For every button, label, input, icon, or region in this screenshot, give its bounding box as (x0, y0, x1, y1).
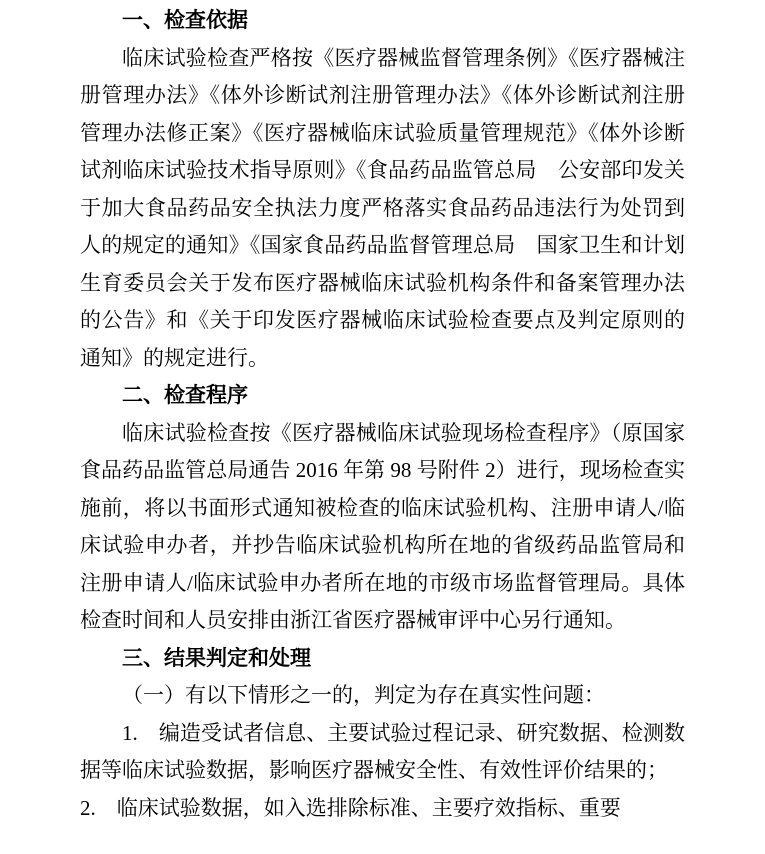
section-heading: 三、结果判定和处理 (80, 640, 685, 678)
section-heading: 一、检查依据 (80, 2, 685, 40)
paragraph: 临床试验检查按《医疗器械临床试验现场检查程序》（原国家食品药品监管总局通告 20… (80, 415, 685, 640)
paragraph: 1. 编造受试者信息、主要试验过程记录、研究数据、检测数据等临床试验数据，影响医… (80, 715, 685, 790)
section-heading: 二、检查程序 (80, 377, 685, 415)
paragraph: （一）有以下情形之一的，判定为存在真实性问题： (80, 677, 685, 715)
paragraph: 2. 临床试验数据，如入选排除标准、主要疗效指标、重要 (80, 790, 685, 828)
document-page: 一、检查依据临床试验检查严格按《医疗器械监督管理条例》《医疗器械注册管理办法》《… (0, 0, 765, 854)
document-body: 一、检查依据临床试验检查严格按《医疗器械监督管理条例》《医疗器械注册管理办法》《… (80, 2, 685, 827)
paragraph: 临床试验检查严格按《医疗器械监督管理条例》《医疗器械注册管理办法》《体外诊断试剂… (80, 40, 685, 378)
